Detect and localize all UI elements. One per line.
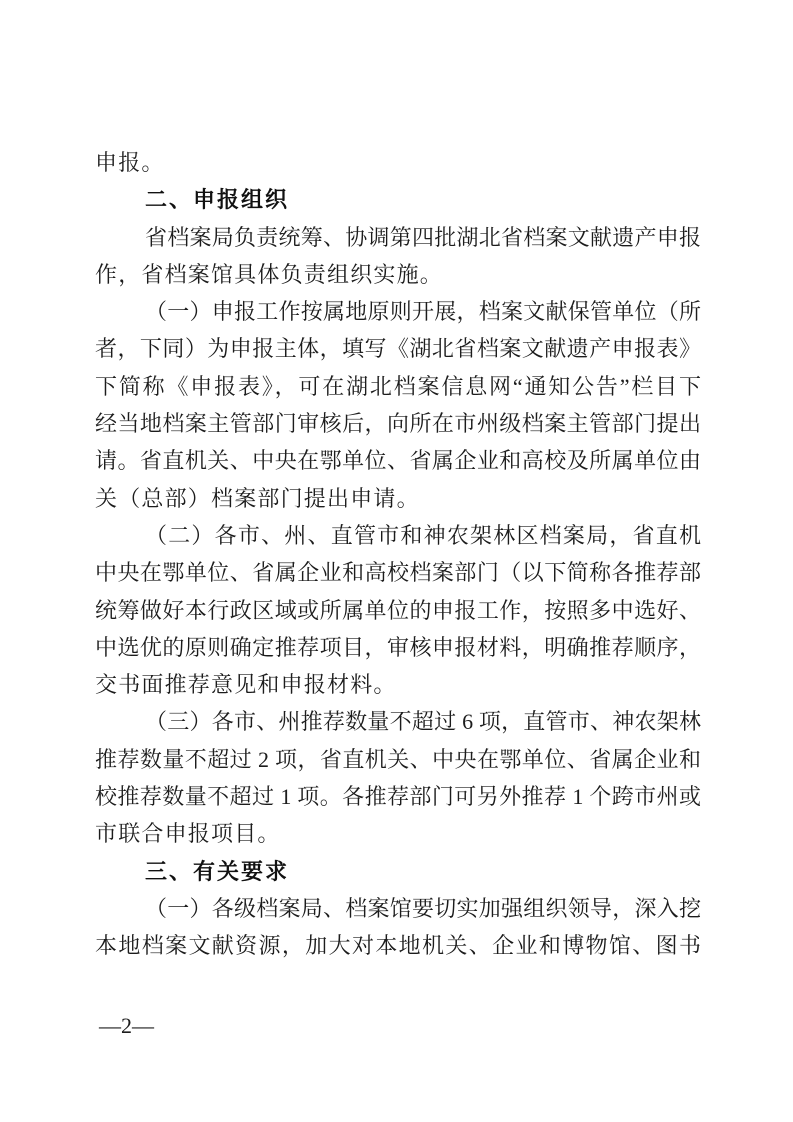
document-line: （二）各市、州、直管市和神农架林区档案局，省直机关、 bbox=[95, 517, 701, 554]
document-body: 申报。 二、申报组织 省档案局负责统筹、协调第四批湖北省档案文献遗产申报工 作，… bbox=[95, 144, 701, 965]
document-line: 作，省档案馆具体负责组织实施。 bbox=[95, 256, 701, 293]
document-line: 市联合申报项目。 bbox=[95, 815, 701, 852]
document-line: 下简称《申报表》，可在湖北档案信息网“通知公告”栏目下载）， bbox=[95, 368, 701, 405]
document-line: 统筹做好本行政区域或所属单位的申报工作，按照多中选好、好 bbox=[95, 592, 701, 629]
document-line: 交书面推荐意见和申报材料。 bbox=[95, 666, 701, 703]
document-line: 请。省直机关、中央在鄂单位、省属企业和高校及所属单位由机 bbox=[95, 442, 701, 479]
document-line: 本地档案文献资源，加大对本地机关、企业和博物馆、图书馆、 bbox=[95, 927, 701, 964]
document-line: （三）各市、州推荐数量不超过 6 项，直管市、神农架林区 bbox=[95, 703, 701, 740]
document-line: 关（总部）档案部门提出申请。 bbox=[95, 480, 701, 517]
document-line: （一）各级档案局、档案馆要切实加强组织领导，深入挖掘 bbox=[95, 890, 701, 927]
document-line: 校推荐数量不超过 1 项。各推荐部门可另外推荐 1 个跨市州或省 bbox=[95, 778, 701, 815]
section-heading: 二、申报组织 bbox=[95, 181, 701, 218]
document-line: （一）申报工作按属地原则开展，档案文献保管单位（所有 bbox=[95, 293, 701, 330]
document-line: 中央在鄂单位、省属企业和高校档案部门（以下简称各推荐部门） bbox=[95, 554, 701, 591]
document-line: 省档案局负责统筹、协调第四批湖北省档案文献遗产申报工 bbox=[95, 219, 701, 256]
document-line: 推荐数量不超过 2 项，省直机关、中央在鄂单位、省属企业和高 bbox=[95, 741, 701, 778]
document-line: 经当地档案主管部门审核后，向所在市州级档案主管部门提出申 bbox=[95, 405, 701, 442]
document-line: 申报。 bbox=[95, 144, 701, 181]
document-line: 者，下同）为申报主体，填写《湖北省档案文献遗产申报表》（以 bbox=[95, 330, 701, 367]
section-heading: 三、有关要求 bbox=[95, 853, 701, 890]
document-page: 申报。 二、申报组织 省档案局负责统筹、协调第四批湖北省档案文献遗产申报工 作，… bbox=[0, 0, 793, 1122]
page-number: —2— bbox=[99, 1012, 154, 1040]
document-line: 中选优的原则确定推荐项目，审核申报材料，明确推荐顺序，提 bbox=[95, 629, 701, 666]
